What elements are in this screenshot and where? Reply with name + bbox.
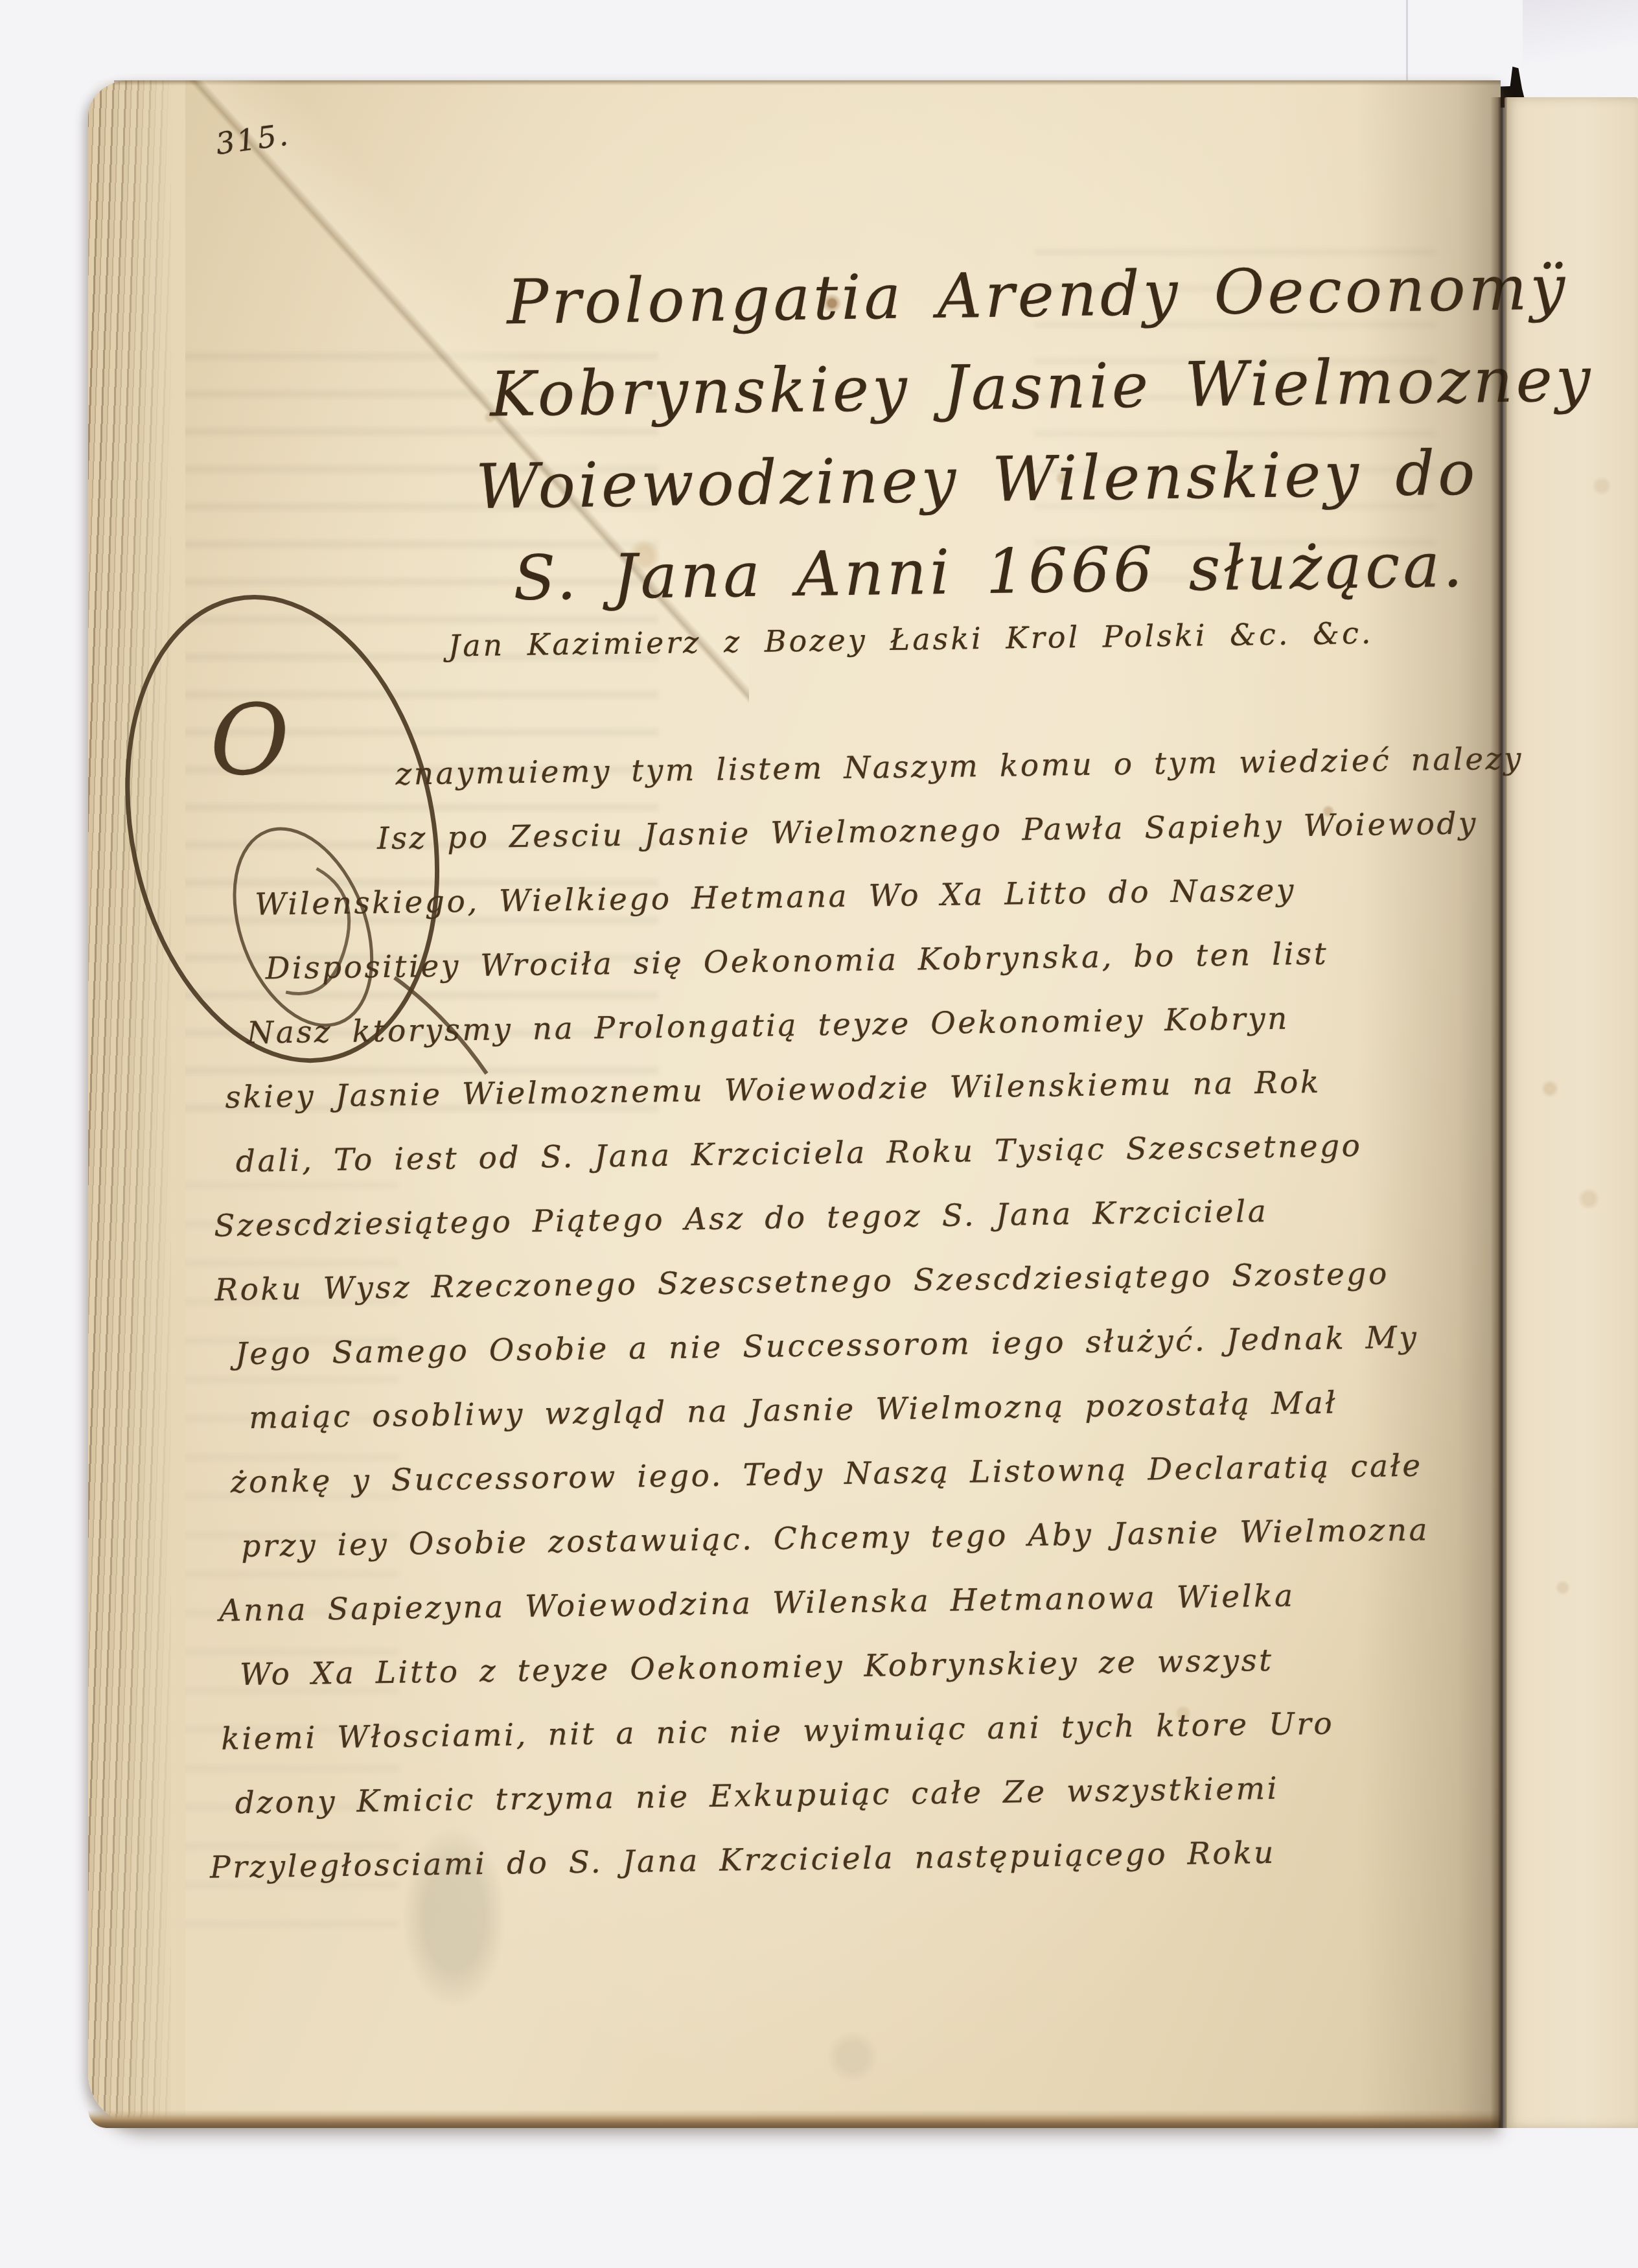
manuscript-line: żonkę y Successorow iego. Tedy Naszą Lis…: [230, 1448, 1423, 1501]
manuscript-line: Isz po Zesciu Jasnie Wielmoznego Pawła S…: [377, 805, 1479, 857]
document-title-line: Prolongatia Arendy Oeconomÿ: [507, 252, 1569, 338]
manuscript-line: Anna Sapiezyna Woiewodzina Wilenska Hetm…: [219, 1578, 1295, 1628]
book-gutter: [1490, 97, 1507, 2128]
manuscript-line: Szescdziesiątego Piątego Asz do tegoz S.…: [214, 1194, 1269, 1244]
manuscript-line: Przyległosciami do S. Jana Krzciciela na…: [210, 1835, 1276, 1886]
folio-number: 315.: [214, 117, 292, 161]
manuscript-line: dali, To iest od S. Jana Krzciciela Roku…: [235, 1128, 1362, 1179]
document-title-line: S. Jana Anni 1666 służąca.: [513, 530, 1466, 615]
manuscript-line: Wo Xa Litto z teyze Oekonomiey Kobrynski…: [240, 1643, 1274, 1693]
manuscript-line: dzony Kmicic trzyma nie Exkupuiąc całe Z…: [235, 1771, 1279, 1821]
illuminated-initial: O: [209, 684, 290, 798]
book-scan: 315. Prolongatia Arendy Oeconomÿ Kobryns…: [0, 0, 1638, 2268]
manuscript-line: kiemi Włosciami, nit a nic nie wyimuiąc …: [221, 1706, 1334, 1757]
document-title-line: Woiewodziney Wilenskiey do: [476, 437, 1479, 523]
document-title-line: Kobrynskiey Jasnie Wielmozney: [490, 344, 1595, 431]
manuscript-page: 315. Prolongatia Arendy Oeconomÿ Kobryns…: [88, 80, 1501, 2128]
manuscript-line: maiąc osobliwy wzgląd na Jasnie Wielmozn…: [249, 1385, 1337, 1435]
salutation-line: Jan Kazimierz z Bozey Łaski Krol Polski …: [448, 616, 1373, 664]
handwriting-layer: 315. Prolongatia Arendy Oeconomÿ Kobryns…: [74, 71, 1515, 2138]
manuscript-line: przy iey Osobie zostawuiąc. Chcemy tego …: [241, 1512, 1430, 1565]
manuscript-line: Jego Samego Osobie a nie Successorom ieg…: [235, 1320, 1419, 1372]
manuscript-line: znaymuiemy tym listem Naszym komu o tym …: [395, 741, 1523, 792]
manuscript-line: Roku Wysz Rzeczonego Szescsetnego Szescd…: [214, 1256, 1389, 1308]
scanner-backing-shade: [1523, 0, 1638, 78]
